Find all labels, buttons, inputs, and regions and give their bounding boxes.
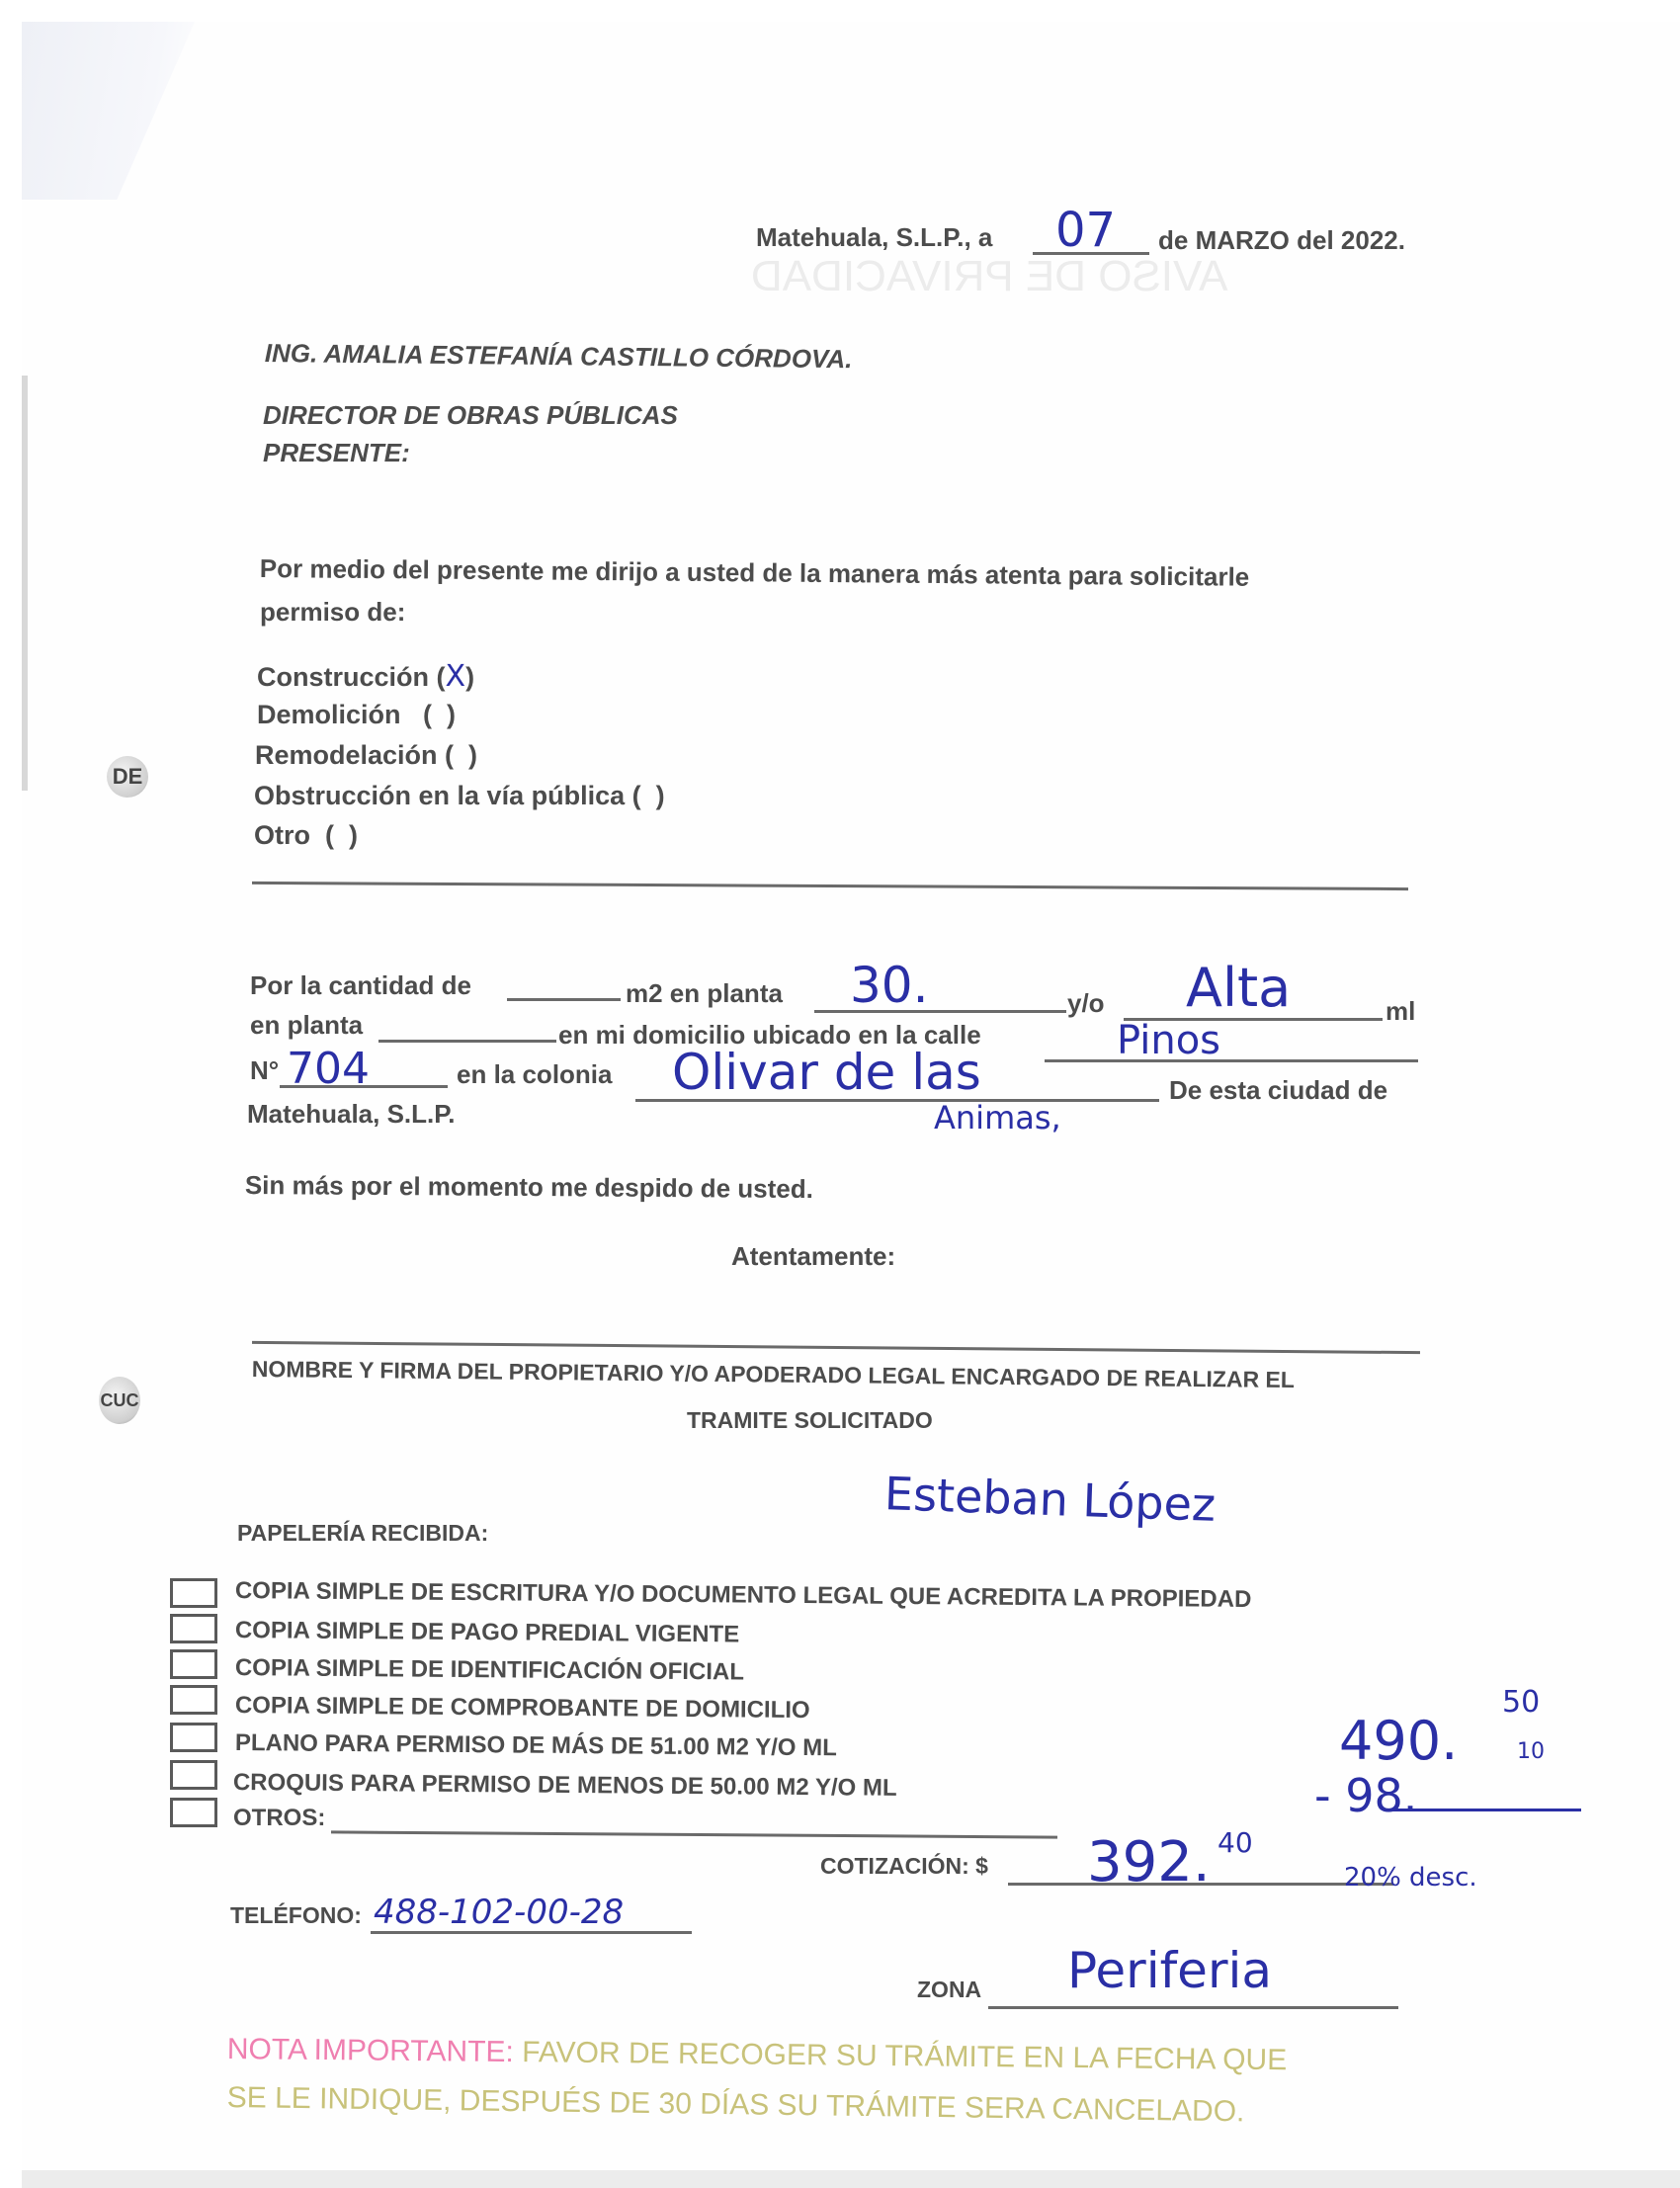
doc-checkbox[interactable] <box>170 1649 217 1679</box>
doc-item-label: PLANO PARA PERMISO DE MÁS DE 51.00 M2 Y/… <box>235 1729 837 1762</box>
recipient-title: DIRECTOR DE OBRAS PÚBLICAS <box>263 400 678 431</box>
m2-value[interactable]: 30. <box>850 957 929 1014</box>
permit-type-construccion[interactable]: Construcción (X) <box>257 659 474 694</box>
permit-type-label: Demolición <box>257 700 401 729</box>
intro-line-2: permiso de: <box>260 597 405 628</box>
planta-value[interactable]: Alta <box>1186 957 1291 1019</box>
permit-type-otro[interactable]: Otro ( ) <box>254 820 358 851</box>
permit-type-label: Obstrucción en la vía pública <box>254 781 625 810</box>
recipient-greeting: PRESENTE: <box>263 438 410 468</box>
documents-title: PAPELERÍA RECIBIDA: <box>237 1520 488 1547</box>
binder-hole: DE <box>107 756 148 798</box>
calc-discount-cents: 10 <box>1517 1739 1545 1764</box>
calc-gross-cents: 50 <box>1502 1685 1540 1720</box>
doc-checkbox[interactable] <box>170 1685 217 1715</box>
show-through-heading: AVISO DE PRIVACIDAD <box>751 252 1227 301</box>
date-prefix: Matehuala, S.L.P., a <box>756 222 992 253</box>
en-planta-label: en planta <box>250 1010 363 1041</box>
permit-type-demolicion[interactable]: Demolición ( ) <box>257 700 456 730</box>
binder-hole-text: DE <box>113 764 143 790</box>
signature-caption-2: TRAMITE SOLICITADO <box>687 1407 933 1434</box>
binder-hole: CUC <box>99 1377 140 1424</box>
page-edge-mark <box>22 376 28 791</box>
scan-bottom-strip <box>22 2170 1680 2188</box>
doc-checkbox[interactable] <box>170 1723 217 1752</box>
quote-note: 20% desc. <box>1344 1863 1477 1893</box>
phone-value[interactable]: 488-102-00-28 <box>374 1893 624 1932</box>
doc-checkbox[interactable] <box>170 1578 217 1608</box>
city: Matehuala, S.L.P. <box>247 1099 455 1130</box>
colonia-label: en la colonia <box>457 1059 613 1090</box>
en-planta-line <box>378 1040 556 1043</box>
notice-label: NOTA IMPORTANTE: <box>227 2033 514 2068</box>
farewell: Sin más por el momento me despido de ust… <box>245 1170 813 1205</box>
permit-type-obstruccion[interactable]: Obstrucción en la vía pública ( ) <box>254 781 665 811</box>
notice-text-1: FAVOR DE RECOGER SU TRÁMITE EN LA FECHA … <box>522 2036 1287 2076</box>
city-suffix: De esta ciudad de <box>1169 1075 1387 1106</box>
day-value[interactable]: 07 <box>1055 203 1116 258</box>
date-suffix: de MARZO del 2022. <box>1158 225 1405 256</box>
doc-item-label: COPIA SIMPLE DE PAGO PREDIAL VIGENTE <box>235 1617 740 1648</box>
qty-label: Por la cantidad de <box>250 970 471 1001</box>
qty-line <box>507 998 621 1001</box>
quote-label: COTIZACIÓN: $ <box>820 1853 988 1880</box>
yo-label: y/o <box>1067 988 1105 1019</box>
calc-gross: 490. <box>1339 1710 1458 1772</box>
doc-item-label: COPIA SIMPLE DE IDENTIFICACIÓN OFICIAL <box>235 1654 744 1686</box>
permit-type-label: Otro <box>254 820 310 850</box>
zone-label: ZONA <box>917 1977 981 2003</box>
m2-label: m2 en planta <box>626 978 783 1009</box>
ml-label: ml <box>1386 996 1415 1027</box>
colonia-value-line-1[interactable]: Olivar de las <box>672 1044 981 1101</box>
zone-line <box>988 2006 1398 2009</box>
permit-type-label: Remodelación <box>255 740 438 770</box>
doc-checkbox[interactable] <box>170 1760 217 1790</box>
colonia-value-line-2[interactable]: Animas, <box>934 1099 1061 1136</box>
number-label: N° <box>250 1055 279 1086</box>
quote-value[interactable]: 392. <box>1087 1830 1211 1894</box>
signoff: Atentamente: <box>731 1241 895 1272</box>
doc-checkbox[interactable] <box>170 1798 217 1827</box>
recipient-name: ING. AMALIA ESTEFANÍA CASTILLO CÓRDOVA. <box>265 338 853 375</box>
doc-checkbox[interactable] <box>170 1614 217 1643</box>
zone-value[interactable]: Periferia <box>1067 1942 1272 1999</box>
number-value[interactable]: 704 <box>287 1044 370 1094</box>
doc-item-label: COPIA SIMPLE DE COMPROBANTE DE DOMICILIO <box>235 1692 810 1725</box>
street-line <box>1045 1059 1418 1062</box>
binder-hole-text: CUC <box>101 1390 139 1411</box>
doc-item-label: CROQUIS PARA PERMISO DE MENOS DE 50.00 M… <box>233 1769 897 1803</box>
phone-label: TELÉFONO: <box>230 1902 362 1929</box>
street-value[interactable]: Pinos <box>1117 1018 1220 1063</box>
permit-type-remodelacion[interactable]: Remodelación ( ) <box>255 740 477 771</box>
calc-discount: - 98. <box>1314 1769 1417 1822</box>
permit-type-label: Construcción <box>257 662 429 692</box>
calc-sum-line <box>1388 1809 1581 1811</box>
permit-check-mark: X <box>446 659 466 694</box>
quote-cents: 40 <box>1218 1826 1253 1859</box>
doc-item-label: OTROS: <box>233 1805 325 1832</box>
